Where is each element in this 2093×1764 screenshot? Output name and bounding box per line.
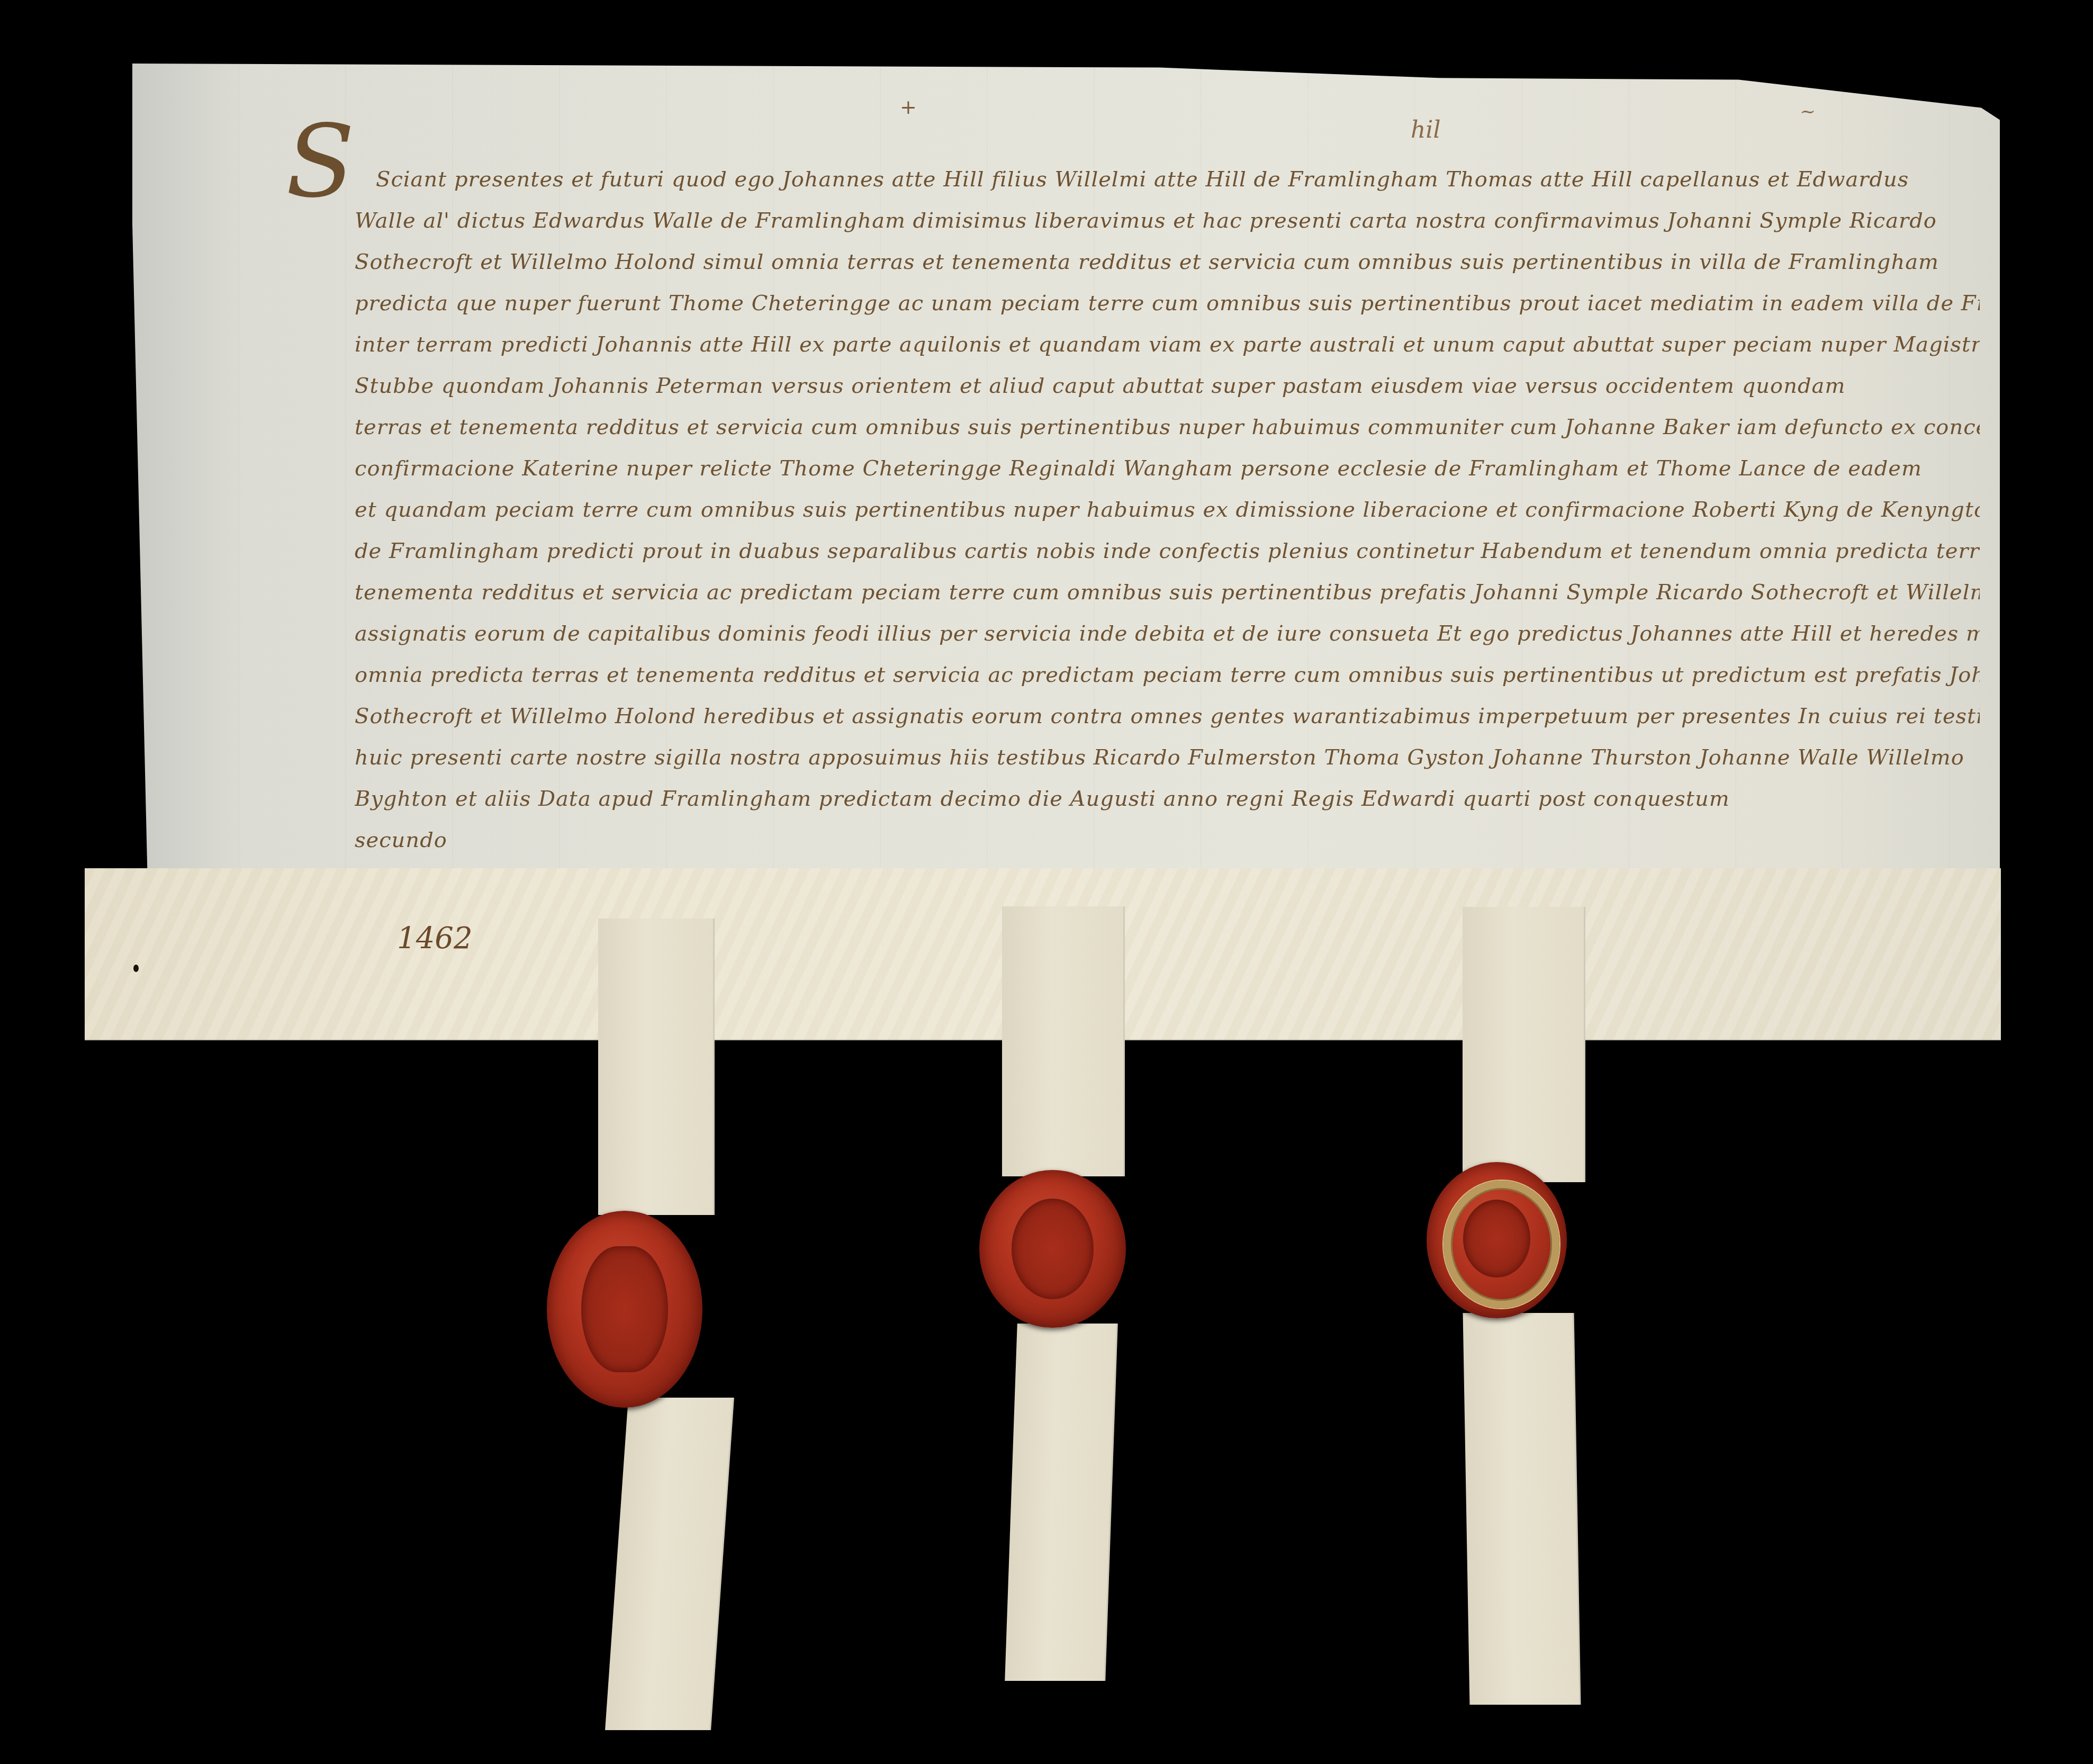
seal-tag-3-lower xyxy=(1463,1313,1581,1705)
text-line: secundo xyxy=(355,820,1980,861)
decorated-initial: S xyxy=(286,111,355,212)
text-line: confirmacione Katerine nuper relicte Tho… xyxy=(355,448,1980,489)
wax-seal-2 xyxy=(979,1170,1126,1328)
seal-imprint-icon xyxy=(581,1246,669,1372)
text-line: tenementa redditus et servicia ac predic… xyxy=(355,572,1980,613)
text-line: huic presenti carte nostre sigilla nostr… xyxy=(355,737,1980,778)
text-line: inter terram predicti Johannis atte Hill… xyxy=(355,324,1980,365)
wax-seal-1 xyxy=(547,1211,702,1408)
marginal-note: hil xyxy=(1411,116,1440,143)
seal-imprint-icon xyxy=(1012,1199,1094,1300)
date-annotation: 1462 xyxy=(397,921,473,956)
text-line: terras et tenementa redditus et servicia… xyxy=(355,407,1980,448)
text-line: predicta que nuper fuerunt Thome Cheteri… xyxy=(355,283,1980,324)
text-line: Stubbe quondam Johannis Peterman versus … xyxy=(355,365,1980,407)
seal-tag-3 xyxy=(1463,907,1585,1182)
seal-tag-1-lower xyxy=(605,1398,734,1730)
text-line: Walle al' dictus Edwardus Walle de Framl… xyxy=(355,200,1980,241)
text-line: de Framlingham predicti prout in duabus … xyxy=(355,530,1980,572)
charter-text: Sciant presentes et futuri quod ego Joha… xyxy=(355,159,1980,861)
text-line: omnia predicta terras et tenementa reddi… xyxy=(355,654,1980,696)
cross-mark: + xyxy=(900,95,917,119)
seal-tag-2 xyxy=(1002,906,1125,1176)
pin-hole xyxy=(133,965,139,972)
text-line: et quandam peciam terre cum omnibus suis… xyxy=(355,489,1980,530)
seal-tag-1 xyxy=(598,919,715,1215)
wax-seal-3 xyxy=(1427,1162,1567,1318)
text-line: Sothecroft et Willelmo Holond heredibus … xyxy=(355,696,1980,737)
corner-mark: ~ xyxy=(1800,101,1816,122)
seal-tag-2-lower xyxy=(1005,1324,1118,1681)
text-line: Sothecroft et Willelmo Holond simul omni… xyxy=(355,241,1980,283)
text-line: assignatis eorum de capitalibus dominis … xyxy=(355,613,1980,654)
tag-faint-writing xyxy=(1007,917,1120,1166)
rush-ring xyxy=(1444,1181,1559,1308)
text-line: Sciant presentes et futuri quod ego Joha… xyxy=(355,159,1980,200)
text-line: Byghton et aliis Data apud Framlingham p… xyxy=(355,778,1980,820)
